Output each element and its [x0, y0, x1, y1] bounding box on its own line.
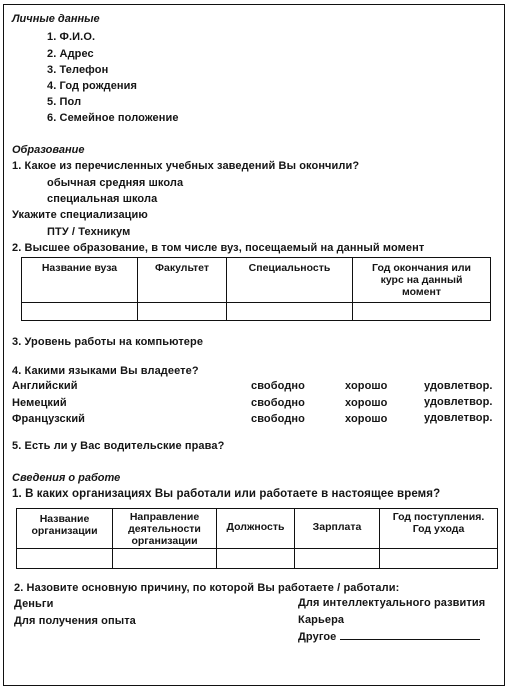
- education-option-vocational: ПТУ / Техникум: [47, 226, 130, 238]
- header-specialty: Специальность: [227, 258, 353, 303]
- reason-experience: Для получения опыта: [14, 615, 136, 627]
- education-option-regular-school: обычная средняя школа: [47, 177, 183, 189]
- header-graduation-year: Год окончания или курс на данный момент: [353, 258, 491, 303]
- education-question-3: 3. Уровень работы на компьютере: [12, 336, 203, 348]
- specialization-label: Укажите специализацию: [12, 209, 148, 221]
- personal-item-marital-status: 6. Семейное положение: [47, 112, 179, 124]
- reason-career: Карьера: [298, 614, 344, 626]
- education-question-4: 4. Какими языками Вы владеете?: [12, 365, 199, 377]
- reason-other-label: Другое: [298, 631, 336, 643]
- personal-item-phone: 3. Телефон: [47, 64, 108, 76]
- cell-graduation-year[interactable]: [353, 303, 491, 321]
- header-organization-activity: Направление деятельности организации: [113, 509, 217, 549]
- education-option-special-school: специальная школа: [47, 193, 157, 205]
- language-french: Французский: [12, 413, 85, 425]
- header-start-end-year: Год поступления. Год ухода: [380, 509, 498, 549]
- cell-university-name[interactable]: [22, 303, 138, 321]
- level-fluent: свободно: [251, 380, 305, 392]
- reason-money: Деньги: [14, 598, 53, 610]
- cell-salary[interactable]: [295, 549, 380, 569]
- section-title-personal: Личные данные: [12, 13, 100, 25]
- table-header-row: Название вуза Факультет Специальность Го…: [22, 258, 491, 303]
- reason-intellectual-development: Для интеллектуального развития: [298, 597, 485, 609]
- level-good: хорошо: [345, 397, 388, 409]
- education-question-5: 5. Есть ли у Вас водительские права?: [12, 440, 224, 452]
- cell-organization-activity[interactable]: [113, 549, 217, 569]
- level-satisfactory: удовлетвор.: [424, 412, 493, 424]
- level-satisfactory: удовлетвор.: [424, 380, 493, 392]
- work-history-table: Название организации Направление деятель…: [16, 508, 498, 569]
- cell-start-end-year[interactable]: [380, 549, 498, 569]
- reason-other: Другое: [298, 630, 480, 643]
- education-question-1: 1. Какое из перечисленных учебных заведе…: [12, 160, 359, 172]
- level-satisfactory: удовлетвор.: [424, 396, 493, 408]
- header-organization-name: Название организации: [17, 509, 113, 549]
- personal-item-sex: 5. Пол: [47, 96, 81, 108]
- cell-position[interactable]: [217, 549, 295, 569]
- table-row: [22, 303, 491, 321]
- personal-item-name: 1. Ф.И.О.: [47, 31, 95, 43]
- work-question-1: 1. В каких организациях Вы работали или …: [12, 488, 440, 500]
- reason-other-input-line[interactable]: [340, 630, 480, 640]
- level-good: хорошо: [345, 380, 388, 392]
- personal-item-birth-year: 4. Год рождения: [47, 80, 137, 92]
- header-position: Должность: [217, 509, 295, 549]
- header-faculty: Факультет: [138, 258, 227, 303]
- table-header-row: Название организации Направление деятель…: [17, 509, 498, 549]
- work-question-2: 2. Назовите основную причину, по которой…: [14, 582, 399, 594]
- level-fluent: свободно: [251, 397, 305, 409]
- header-salary: Зарплата: [295, 509, 380, 549]
- personal-item-address: 2. Адрес: [47, 48, 94, 60]
- section-title-work: Сведения о работе: [12, 472, 120, 484]
- cell-specialty[interactable]: [227, 303, 353, 321]
- education-question-2: 2. Высшее образование, в том числе вуз, …: [12, 242, 424, 254]
- cell-faculty[interactable]: [138, 303, 227, 321]
- higher-education-table: Название вуза Факультет Специальность Го…: [21, 257, 491, 321]
- level-fluent: свободно: [251, 413, 305, 425]
- cell-organization-name[interactable]: [17, 549, 113, 569]
- section-title-education: Образование: [12, 144, 85, 156]
- language-german: Немецкий: [12, 397, 67, 409]
- header-university-name: Название вуза: [22, 258, 138, 303]
- language-english: Английский: [12, 380, 78, 392]
- table-row: [17, 549, 498, 569]
- level-good: хорошо: [345, 413, 388, 425]
